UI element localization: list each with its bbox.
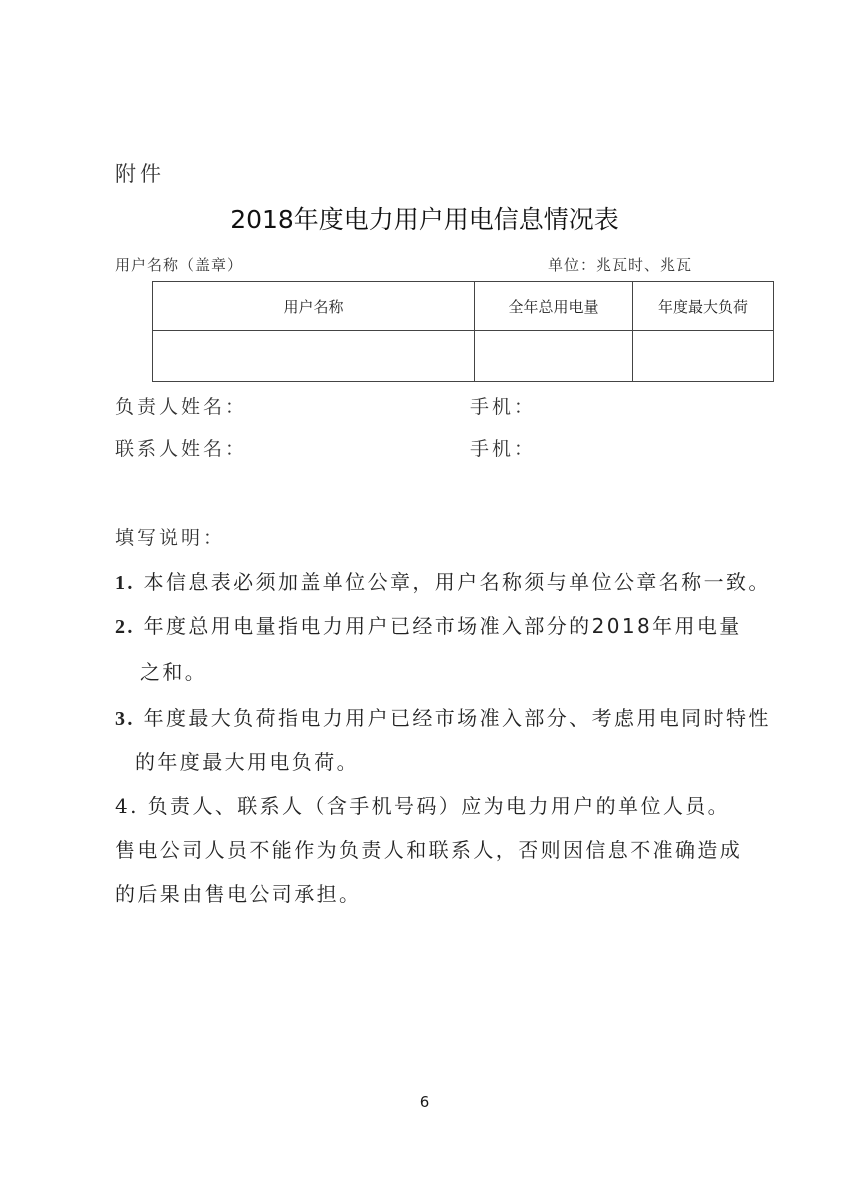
table-row xyxy=(153,331,774,382)
responsible-name-label: 负责人姓名： xyxy=(115,392,247,419)
contact-name-label: 联系人姓名： xyxy=(115,434,247,461)
page-number: 6 xyxy=(0,1093,849,1111)
attachment-label: 附件 xyxy=(115,158,165,188)
note-text: 本信息表必须加盖单位公章，用户名称须与单位公章名称一致。 xyxy=(144,570,771,594)
header-annual-consumption: 全年总用电量 xyxy=(475,282,633,331)
responsible-phone-label: 手机： xyxy=(470,392,536,419)
notes-heading: 填写说明： xyxy=(115,523,225,550)
header-user-name: 用户名称 xyxy=(153,282,475,331)
note-1: 1. 本信息表必须加盖单位公章，用户名称须与单位公章名称一致。 xyxy=(115,566,771,595)
header-max-load: 年度最大负荷 xyxy=(633,282,774,331)
note-2-continued: 之和。 xyxy=(140,656,207,685)
note-2: 2. 年度总用电量指电力用户已经市场准入部分的2018年用电量 xyxy=(115,610,742,639)
note-3: 3. 年度最大负荷指电力用户已经市场准入部分、考虑用电同时特性 xyxy=(115,702,771,731)
note-number: 4. xyxy=(115,794,139,818)
note-number: 2. xyxy=(115,616,135,638)
user-name-stamp-label: 用户名称（盖章） xyxy=(115,254,243,275)
cell-max-load[interactable] xyxy=(633,331,774,382)
unit-label: 单位：兆瓦时、兆瓦 xyxy=(548,254,692,275)
note-4-continued-2: 的后果由售电公司承担。 xyxy=(115,878,361,907)
note-number: 3. xyxy=(115,708,135,730)
cell-annual-consumption[interactable] xyxy=(475,331,633,382)
table-header-row: 用户名称 全年总用电量 年度最大负荷 xyxy=(153,282,774,331)
note-4-continued: 售电公司人员不能作为负责人和联系人，否则因信息不准确造成 xyxy=(115,834,742,863)
note-3-continued: 的年度最大用电负荷。 xyxy=(135,746,359,775)
info-table: 用户名称 全年总用电量 年度最大负荷 xyxy=(152,281,774,382)
contact-phone-label: 手机： xyxy=(470,434,536,461)
note-4: 4. 负责人、联系人（含手机号码）应为电力用户的单位人员。 xyxy=(115,790,730,819)
cell-user-name[interactable] xyxy=(153,331,475,382)
note-text: 负责人、联系人（含手机号码）应为电力用户的单位人员。 xyxy=(148,794,730,818)
note-text: 年度最大负荷指电力用户已经市场准入部分、考虑用电同时特性 xyxy=(144,706,771,730)
note-number: 1. xyxy=(115,572,135,594)
note-text: 年度总用电量指电力用户已经市场准入部分的2018年用电量 xyxy=(144,614,742,638)
document-title: 2018年度电力用户用电信息情况表 xyxy=(0,200,849,236)
